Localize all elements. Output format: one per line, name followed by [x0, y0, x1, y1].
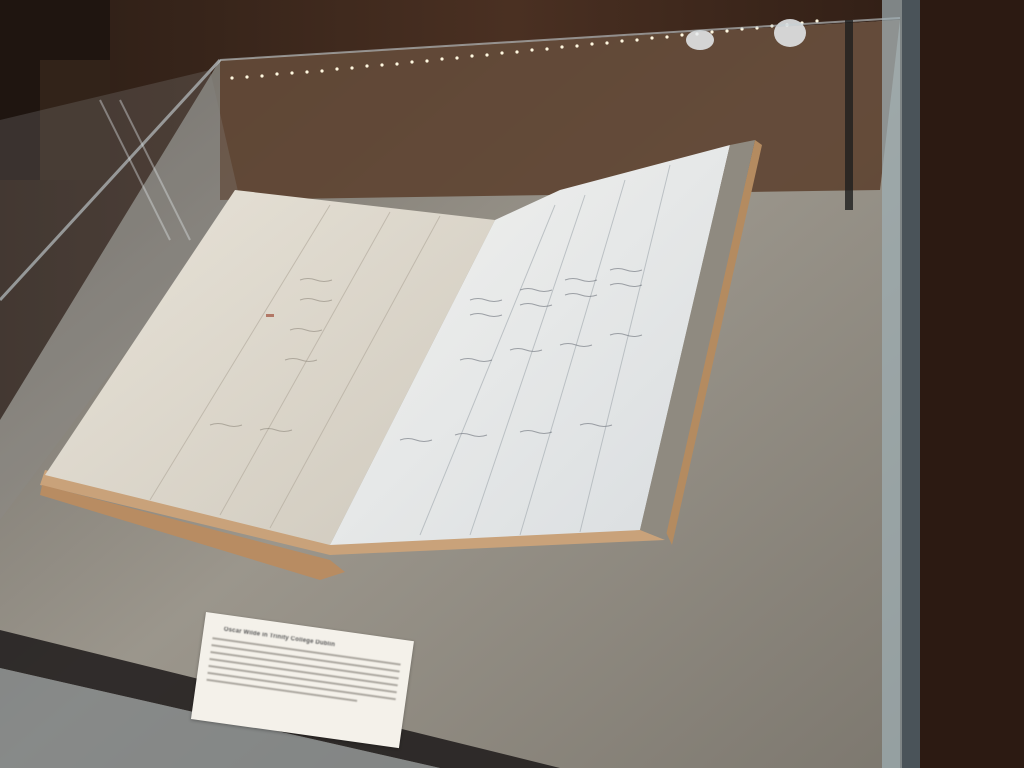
glass-frame-right — [882, 0, 902, 768]
display-case-illustration — [0, 0, 1024, 768]
label-text-line — [207, 672, 395, 700]
label-text-line — [208, 665, 396, 693]
museum-display-photo: Oscar Wilde in Trinity College Dublin — [0, 0, 1024, 768]
